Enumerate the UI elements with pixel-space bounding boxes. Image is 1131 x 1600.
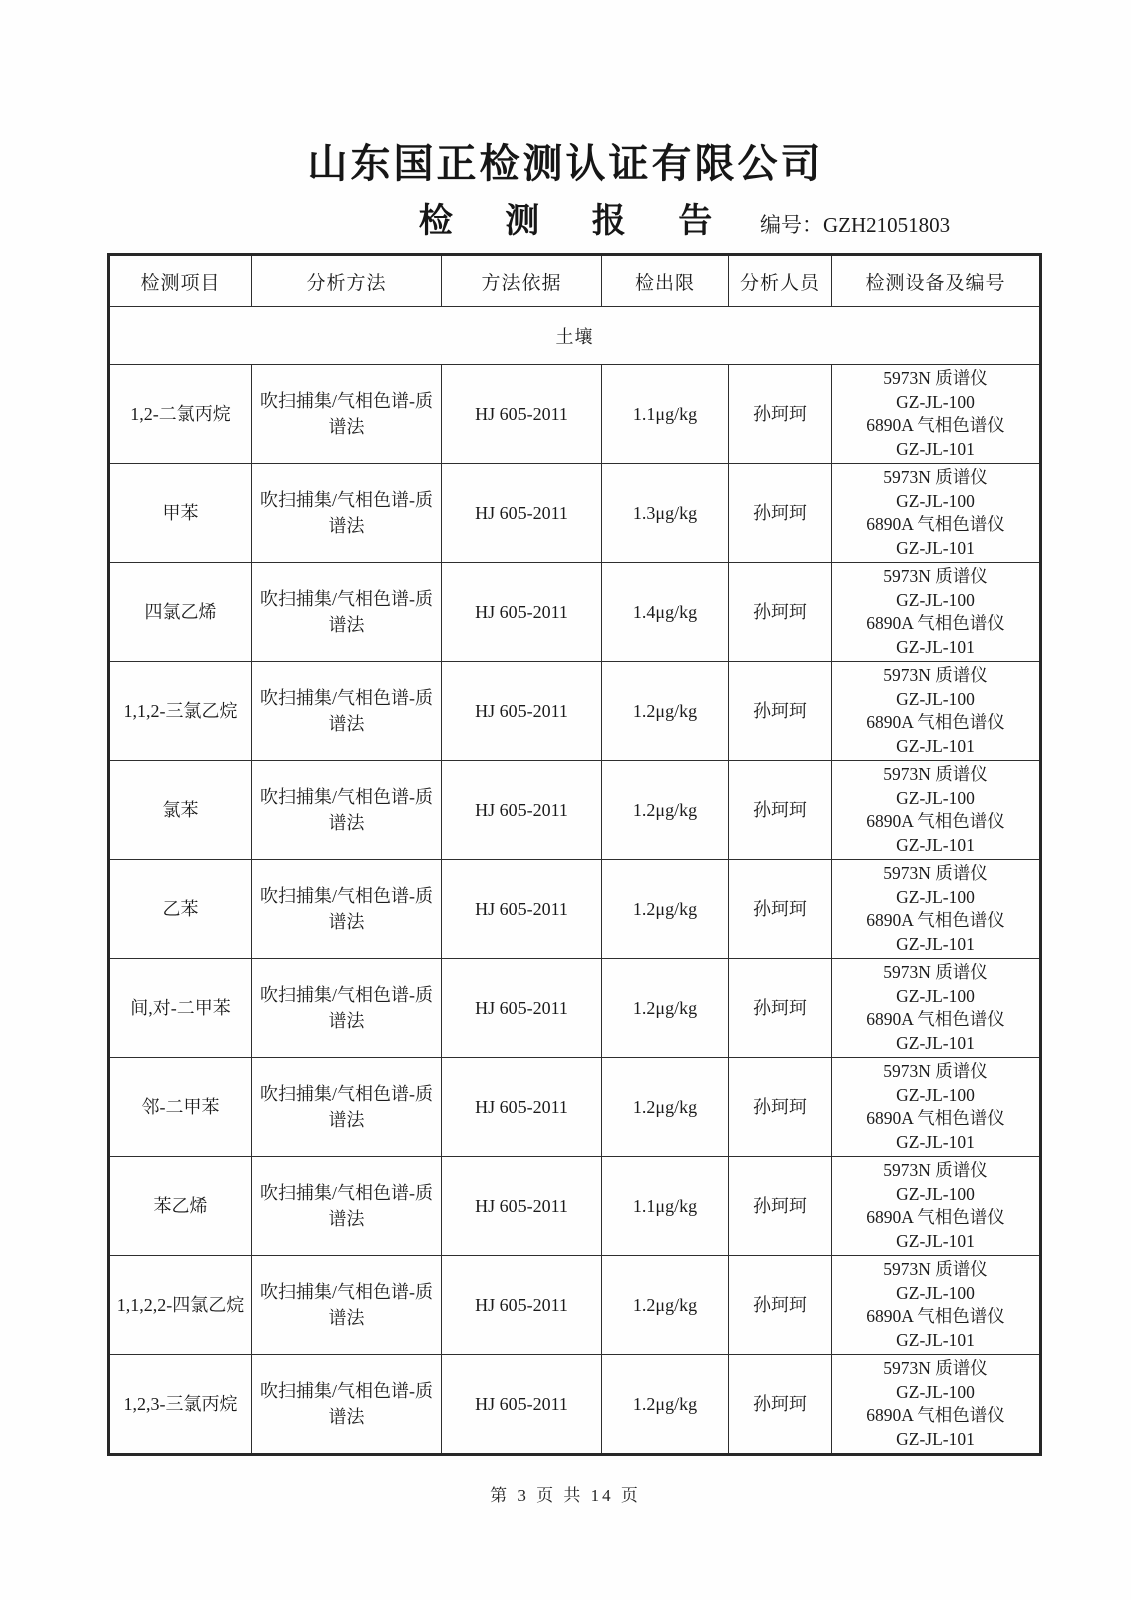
equipment-line: GZ-JL-101 bbox=[838, 1428, 1033, 1452]
table-row: 氯苯 吹扫捕集/气相色谱-质谱法 HJ 605-2011 1.2μg/kg 孙珂… bbox=[109, 761, 1041, 860]
table-row: 甲苯 吹扫捕集/气相色谱-质谱法 HJ 605-2011 1.3μg/kg 孙珂… bbox=[109, 464, 1041, 563]
equipment-cell: 5973N 质谱仪 GZ-JL-100 6890A 气相色谱仪 GZ-JL-10… bbox=[832, 860, 1041, 959]
equipment-cell: 5973N 质谱仪 GZ-JL-100 6890A 气相色谱仪 GZ-JL-10… bbox=[832, 365, 1041, 464]
equipment-cell: 5973N 质谱仪 GZ-JL-100 6890A 气相色谱仪 GZ-JL-10… bbox=[832, 563, 1041, 662]
equipment-line: GZ-JL-101 bbox=[838, 933, 1033, 957]
item-cell: 苯乙烯 bbox=[109, 1157, 252, 1256]
limit-cell: 1.3μg/kg bbox=[602, 464, 729, 563]
basis-cell: HJ 605-2011 bbox=[442, 1157, 602, 1256]
equipment-line: GZ-JL-101 bbox=[838, 1032, 1033, 1056]
method-cell: 吹扫捕集/气相色谱-质谱法 bbox=[252, 464, 442, 563]
column-header-limit: 检出限 bbox=[602, 255, 729, 307]
basis-cell: HJ 605-2011 bbox=[442, 662, 602, 761]
analyst-cell: 孙珂珂 bbox=[729, 1058, 832, 1157]
column-header-analyst: 分析人员 bbox=[729, 255, 832, 307]
column-header-method: 分析方法 bbox=[252, 255, 442, 307]
analyst-cell: 孙珂珂 bbox=[729, 1355, 832, 1455]
limit-cell: 1.2μg/kg bbox=[602, 1058, 729, 1157]
method-cell: 吹扫捕集/气相色谱-质谱法 bbox=[252, 365, 442, 464]
equipment-line: GZ-JL-101 bbox=[838, 636, 1033, 660]
equipment-line: GZ-JL-101 bbox=[838, 1131, 1033, 1155]
equipment-line: GZ-JL-100 bbox=[838, 1381, 1033, 1405]
method-cell: 吹扫捕集/气相色谱-质谱法 bbox=[252, 563, 442, 662]
section-row: 土壤 bbox=[109, 307, 1041, 365]
equipment-line: GZ-JL-101 bbox=[838, 537, 1033, 561]
equipment-line: 5973N 质谱仪 bbox=[838, 664, 1033, 688]
report-number: 编号：GZH21051803 bbox=[760, 209, 950, 239]
header-row: 检测项目 分析方法 方法依据 检出限 分析人员 检测设备及编号 bbox=[109, 255, 1041, 307]
item-cell: 间,对-二甲苯 bbox=[109, 959, 252, 1058]
method-cell: 吹扫捕集/气相色谱-质谱法 bbox=[252, 959, 442, 1058]
item-cell: 乙苯 bbox=[109, 860, 252, 959]
equipment-line: GZ-JL-100 bbox=[838, 589, 1033, 613]
table-row: 苯乙烯 吹扫捕集/气相色谱-质谱法 HJ 605-2011 1.1μg/kg 孙… bbox=[109, 1157, 1041, 1256]
equipment-line: GZ-JL-100 bbox=[838, 886, 1033, 910]
equipment-line: 6890A 气相色谱仪 bbox=[838, 1404, 1033, 1428]
equipment-line: 6890A 气相色谱仪 bbox=[838, 513, 1033, 537]
equipment-line: 6890A 气相色谱仪 bbox=[838, 810, 1033, 834]
equipment-line: GZ-JL-100 bbox=[838, 1282, 1033, 1306]
equipment-line: 6890A 气相色谱仪 bbox=[838, 414, 1033, 438]
table-body: 土壤 1,2-二氯丙烷 吹扫捕集/气相色谱-质谱法 HJ 605-2011 1.… bbox=[109, 307, 1041, 1455]
analyst-cell: 孙珂珂 bbox=[729, 662, 832, 761]
equipment-line: 6890A 气相色谱仪 bbox=[838, 909, 1033, 933]
column-header-equipment: 检测设备及编号 bbox=[832, 255, 1041, 307]
equipment-line: 5973N 质谱仪 bbox=[838, 1159, 1033, 1183]
title-row: 检 测 报 告 编号：GZH21051803 bbox=[0, 193, 1131, 241]
column-header-basis: 方法依据 bbox=[442, 255, 602, 307]
analyst-cell: 孙珂珂 bbox=[729, 1256, 832, 1355]
equipment-line: GZ-JL-100 bbox=[838, 1183, 1033, 1207]
table-row: 1,2,3-三氯丙烷 吹扫捕集/气相色谱-质谱法 HJ 605-2011 1.2… bbox=[109, 1355, 1041, 1455]
item-cell: 四氯乙烯 bbox=[109, 563, 252, 662]
equipment-line: 5973N 质谱仪 bbox=[838, 367, 1033, 391]
equipment-line: 6890A 气相色谱仪 bbox=[838, 612, 1033, 636]
basis-cell: HJ 605-2011 bbox=[442, 1355, 602, 1455]
equipment-line: 5973N 质谱仪 bbox=[838, 466, 1033, 490]
method-cell: 吹扫捕集/气相色谱-质谱法 bbox=[252, 1355, 442, 1455]
item-cell: 甲苯 bbox=[109, 464, 252, 563]
equipment-line: GZ-JL-101 bbox=[838, 834, 1033, 858]
equipment-line: 5973N 质谱仪 bbox=[838, 1357, 1033, 1381]
equipment-line: GZ-JL-100 bbox=[838, 985, 1033, 1009]
analyst-cell: 孙珂珂 bbox=[729, 563, 832, 662]
section-label: 土壤 bbox=[109, 307, 1041, 365]
limit-cell: 1.2μg/kg bbox=[602, 761, 729, 860]
method-cell: 吹扫捕集/气相色谱-质谱法 bbox=[252, 1256, 442, 1355]
analyst-cell: 孙珂珂 bbox=[729, 464, 832, 563]
report-number-label: 编号： bbox=[760, 213, 823, 237]
basis-cell: HJ 605-2011 bbox=[442, 563, 602, 662]
table-row: 1,2-二氯丙烷 吹扫捕集/气相色谱-质谱法 HJ 605-2011 1.1μg… bbox=[109, 365, 1041, 464]
basis-cell: HJ 605-2011 bbox=[442, 860, 602, 959]
company-name: 山东国正检测认证有限公司 bbox=[0, 132, 1131, 189]
equipment-cell: 5973N 质谱仪 GZ-JL-100 6890A 气相色谱仪 GZ-JL-10… bbox=[832, 1157, 1041, 1256]
limit-cell: 1.2μg/kg bbox=[602, 662, 729, 761]
equipment-line: 6890A 气相色谱仪 bbox=[838, 1008, 1033, 1032]
equipment-line: 6890A 气相色谱仪 bbox=[838, 711, 1033, 735]
limit-cell: 1.1μg/kg bbox=[602, 1157, 729, 1256]
equipment-line: 5973N 质谱仪 bbox=[838, 1258, 1033, 1282]
report-number-value: GZH21051803 bbox=[823, 213, 950, 237]
table-row: 1,1,2,2-四氯乙烷 吹扫捕集/气相色谱-质谱法 HJ 605-2011 1… bbox=[109, 1256, 1041, 1355]
equipment-line: 5973N 质谱仪 bbox=[838, 565, 1033, 589]
equipment-line: GZ-JL-101 bbox=[838, 735, 1033, 759]
item-cell: 邻-二甲苯 bbox=[109, 1058, 252, 1157]
limit-cell: 1.2μg/kg bbox=[602, 860, 729, 959]
equipment-line: 5973N 质谱仪 bbox=[838, 763, 1033, 787]
item-cell: 1,2-二氯丙烷 bbox=[109, 365, 252, 464]
equipment-line: GZ-JL-100 bbox=[838, 391, 1033, 415]
equipment-line: GZ-JL-100 bbox=[838, 688, 1033, 712]
item-cell: 1,1,2-三氯乙烷 bbox=[109, 662, 252, 761]
limit-cell: 1.2μg/kg bbox=[602, 1355, 729, 1455]
equipment-cell: 5973N 质谱仪 GZ-JL-100 6890A 气相色谱仪 GZ-JL-10… bbox=[832, 761, 1041, 860]
item-cell: 1,1,2,2-四氯乙烷 bbox=[109, 1256, 252, 1355]
limit-cell: 1.2μg/kg bbox=[602, 959, 729, 1058]
page-footer: 第 3 页 共 14 页 bbox=[0, 1481, 1131, 1506]
report-page: 山东国正检测认证有限公司 检 测 报 告 编号：GZH21051803 检测项目… bbox=[0, 0, 1131, 1600]
method-cell: 吹扫捕集/气相色谱-质谱法 bbox=[252, 662, 442, 761]
analyst-cell: 孙珂珂 bbox=[729, 860, 832, 959]
analyst-cell: 孙珂珂 bbox=[729, 959, 832, 1058]
equipment-line: 5973N 质谱仪 bbox=[838, 1060, 1033, 1084]
results-table: 检测项目 分析方法 方法依据 检出限 分析人员 检测设备及编号 土壤 1,2-二… bbox=[107, 253, 1042, 1456]
method-cell: 吹扫捕集/气相色谱-质谱法 bbox=[252, 1157, 442, 1256]
equipment-line: 6890A 气相色谱仪 bbox=[838, 1305, 1033, 1329]
method-cell: 吹扫捕集/气相色谱-质谱法 bbox=[252, 1058, 442, 1157]
table-row: 1,1,2-三氯乙烷 吹扫捕集/气相色谱-质谱法 HJ 605-2011 1.2… bbox=[109, 662, 1041, 761]
equipment-cell: 5973N 质谱仪 GZ-JL-100 6890A 气相色谱仪 GZ-JL-10… bbox=[832, 1058, 1041, 1157]
basis-cell: HJ 605-2011 bbox=[442, 1256, 602, 1355]
equipment-cell: 5973N 质谱仪 GZ-JL-100 6890A 气相色谱仪 GZ-JL-10… bbox=[832, 464, 1041, 563]
equipment-cell: 5973N 质谱仪 GZ-JL-100 6890A 气相色谱仪 GZ-JL-10… bbox=[832, 662, 1041, 761]
equipment-cell: 5973N 质谱仪 GZ-JL-100 6890A 气相色谱仪 GZ-JL-10… bbox=[832, 1355, 1041, 1455]
item-cell: 氯苯 bbox=[109, 761, 252, 860]
equipment-line: 5973N 质谱仪 bbox=[838, 862, 1033, 886]
table-row: 乙苯 吹扫捕集/气相色谱-质谱法 HJ 605-2011 1.2μg/kg 孙珂… bbox=[109, 860, 1041, 959]
analyst-cell: 孙珂珂 bbox=[729, 761, 832, 860]
item-cell: 1,2,3-三氯丙烷 bbox=[109, 1355, 252, 1455]
analyst-cell: 孙珂珂 bbox=[729, 365, 832, 464]
equipment-cell: 5973N 质谱仪 GZ-JL-100 6890A 气相色谱仪 GZ-JL-10… bbox=[832, 1256, 1041, 1355]
method-cell: 吹扫捕集/气相色谱-质谱法 bbox=[252, 860, 442, 959]
equipment-line: GZ-JL-101 bbox=[838, 1329, 1033, 1353]
equipment-line: GZ-JL-101 bbox=[838, 1230, 1033, 1254]
limit-cell: 1.4μg/kg bbox=[602, 563, 729, 662]
basis-cell: HJ 605-2011 bbox=[442, 365, 602, 464]
equipment-line: 6890A 气相色谱仪 bbox=[838, 1107, 1033, 1131]
equipment-line: GZ-JL-100 bbox=[838, 490, 1033, 514]
table-row: 间,对-二甲苯 吹扫捕集/气相色谱-质谱法 HJ 605-2011 1.2μg/… bbox=[109, 959, 1041, 1058]
column-header-item: 检测项目 bbox=[109, 255, 252, 307]
basis-cell: HJ 605-2011 bbox=[442, 761, 602, 860]
limit-cell: 1.2μg/kg bbox=[602, 1256, 729, 1355]
equipment-cell: 5973N 质谱仪 GZ-JL-100 6890A 气相色谱仪 GZ-JL-10… bbox=[832, 959, 1041, 1058]
equipment-line: GZ-JL-100 bbox=[838, 787, 1033, 811]
method-cell: 吹扫捕集/气相色谱-质谱法 bbox=[252, 761, 442, 860]
basis-cell: HJ 605-2011 bbox=[442, 1058, 602, 1157]
equipment-line: 6890A 气相色谱仪 bbox=[838, 1206, 1033, 1230]
table-row: 四氯乙烯 吹扫捕集/气相色谱-质谱法 HJ 605-2011 1.4μg/kg … bbox=[109, 563, 1041, 662]
equipment-line: GZ-JL-101 bbox=[838, 438, 1033, 462]
table-row: 邻-二甲苯 吹扫捕集/气相色谱-质谱法 HJ 605-2011 1.2μg/kg… bbox=[109, 1058, 1041, 1157]
basis-cell: HJ 605-2011 bbox=[442, 959, 602, 1058]
analyst-cell: 孙珂珂 bbox=[729, 1157, 832, 1256]
report-title: 检 测 报 告 bbox=[0, 193, 1131, 242]
basis-cell: HJ 605-2011 bbox=[442, 464, 602, 563]
equipment-line: 5973N 质谱仪 bbox=[838, 961, 1033, 985]
equipment-line: GZ-JL-100 bbox=[838, 1084, 1033, 1108]
limit-cell: 1.1μg/kg bbox=[602, 365, 729, 464]
